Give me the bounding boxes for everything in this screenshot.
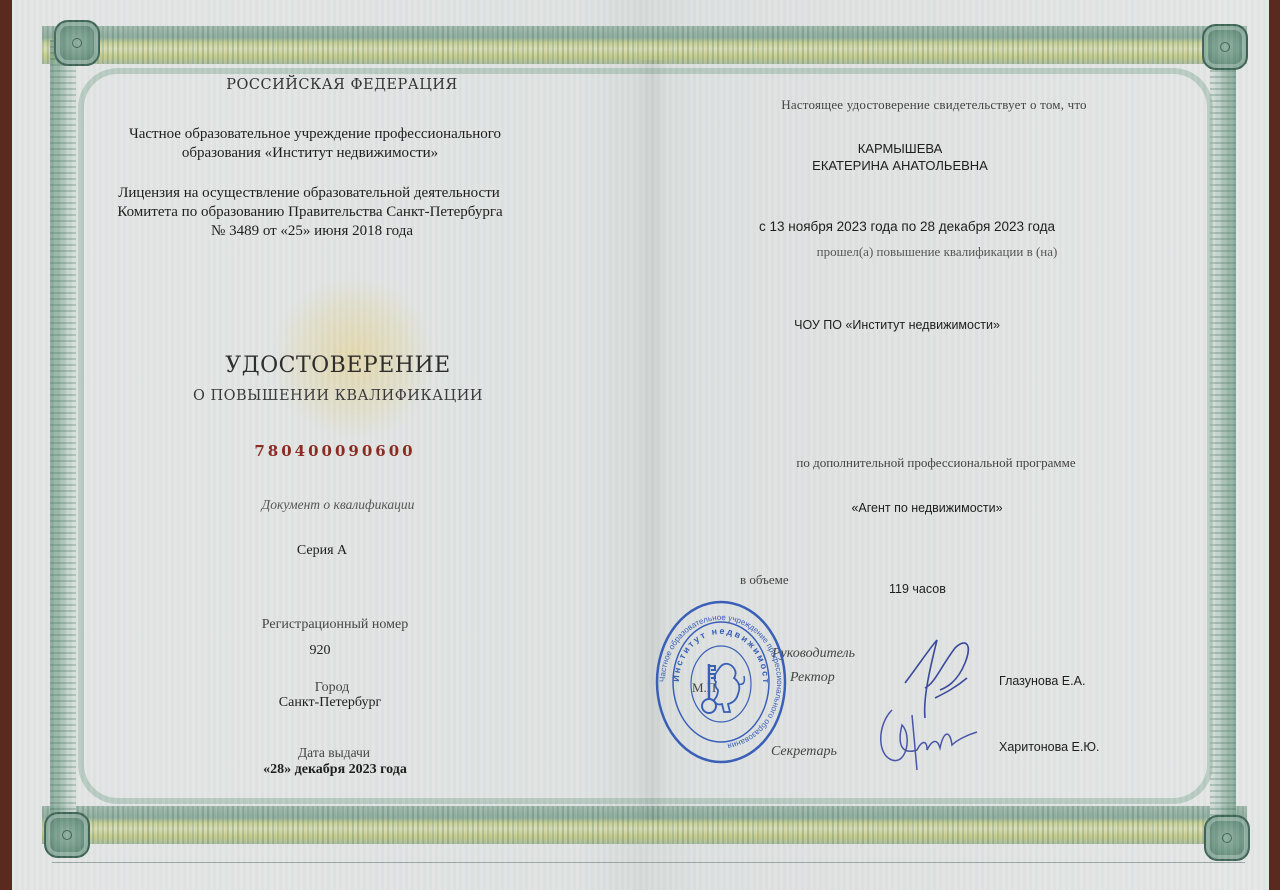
certificate-title: УДОСТОВЕРЕНИЕ <box>225 353 450 378</box>
official-stamp-icon: Частное образовательное учреждение профе… <box>654 598 788 766</box>
intro-text: Настоящее удостоверение свидетельствует … <box>781 97 1086 113</box>
volume-hours: 119 часов <box>889 582 946 596</box>
left-border-band <box>50 40 76 840</box>
bottom-rule <box>52 862 1245 863</box>
right-border-band <box>1210 40 1236 840</box>
organization: ЧОУ ПО «Институт недвижимости» <box>794 318 1000 332</box>
corner-ornament-icon <box>54 20 100 66</box>
license-line-1: Лицензия на осуществление образовательно… <box>118 185 500 202</box>
institution-line-2: образования «Институт недвижимости» <box>182 145 438 162</box>
institution-line-1: Частное образовательное учреждение профе… <box>129 126 501 143</box>
series: Серия А <box>297 543 347 559</box>
corner-ornament-icon <box>1202 24 1248 70</box>
study-period: с 13 ноября 2023 года по 28 декабря 2023… <box>759 219 1055 234</box>
corner-ornament-icon <box>1204 815 1250 861</box>
top-border-band <box>42 26 1247 64</box>
secretary-signature-icon <box>872 700 982 780</box>
document-type: Документ о квалификации <box>262 497 415 513</box>
license-line-2: Комитета по образованию Правительства Са… <box>117 204 502 221</box>
secretary-name: Харитонова Е.Ю. <box>999 740 1099 754</box>
reg-number-label: Регистрационный номер <box>262 617 408 633</box>
country-heading: РОССИЙСКАЯ ФЕДЕРАЦИЯ <box>226 77 457 93</box>
city: Санкт-Петербург <box>279 695 381 711</box>
city-label: Город <box>315 680 350 696</box>
passed-label: прошел(а) повышение квалификации в (на) <box>817 244 1058 260</box>
program-name: «Агент по недвижимости» <box>851 501 1002 515</box>
program-label: по дополнительной профессиональной прогр… <box>796 455 1075 471</box>
reg-number: 920 <box>310 643 331 659</box>
director-label: Ректор <box>790 670 835 686</box>
holder-name: ЕКАТЕРИНА АНАТОЛЬЕВНА <box>812 158 988 173</box>
issue-date: «28» декабря 2023 года <box>263 762 407 778</box>
holder-surname: КАРМЫШЕВА <box>858 141 943 156</box>
certificate-subtitle: О ПОВЫШЕНИИ КВАЛИФИКАЦИИ <box>193 388 483 404</box>
director-name: Глазунова Е.А. <box>999 674 1085 688</box>
corner-ornament-icon <box>44 812 90 858</box>
issue-date-label: Дата выдачи <box>298 745 370 761</box>
volume-label: в объеме <box>740 572 789 588</box>
license-line-3: № 3489 от «25» июня 2018 года <box>211 223 413 240</box>
serial-number: 780400090600 <box>254 442 415 460</box>
